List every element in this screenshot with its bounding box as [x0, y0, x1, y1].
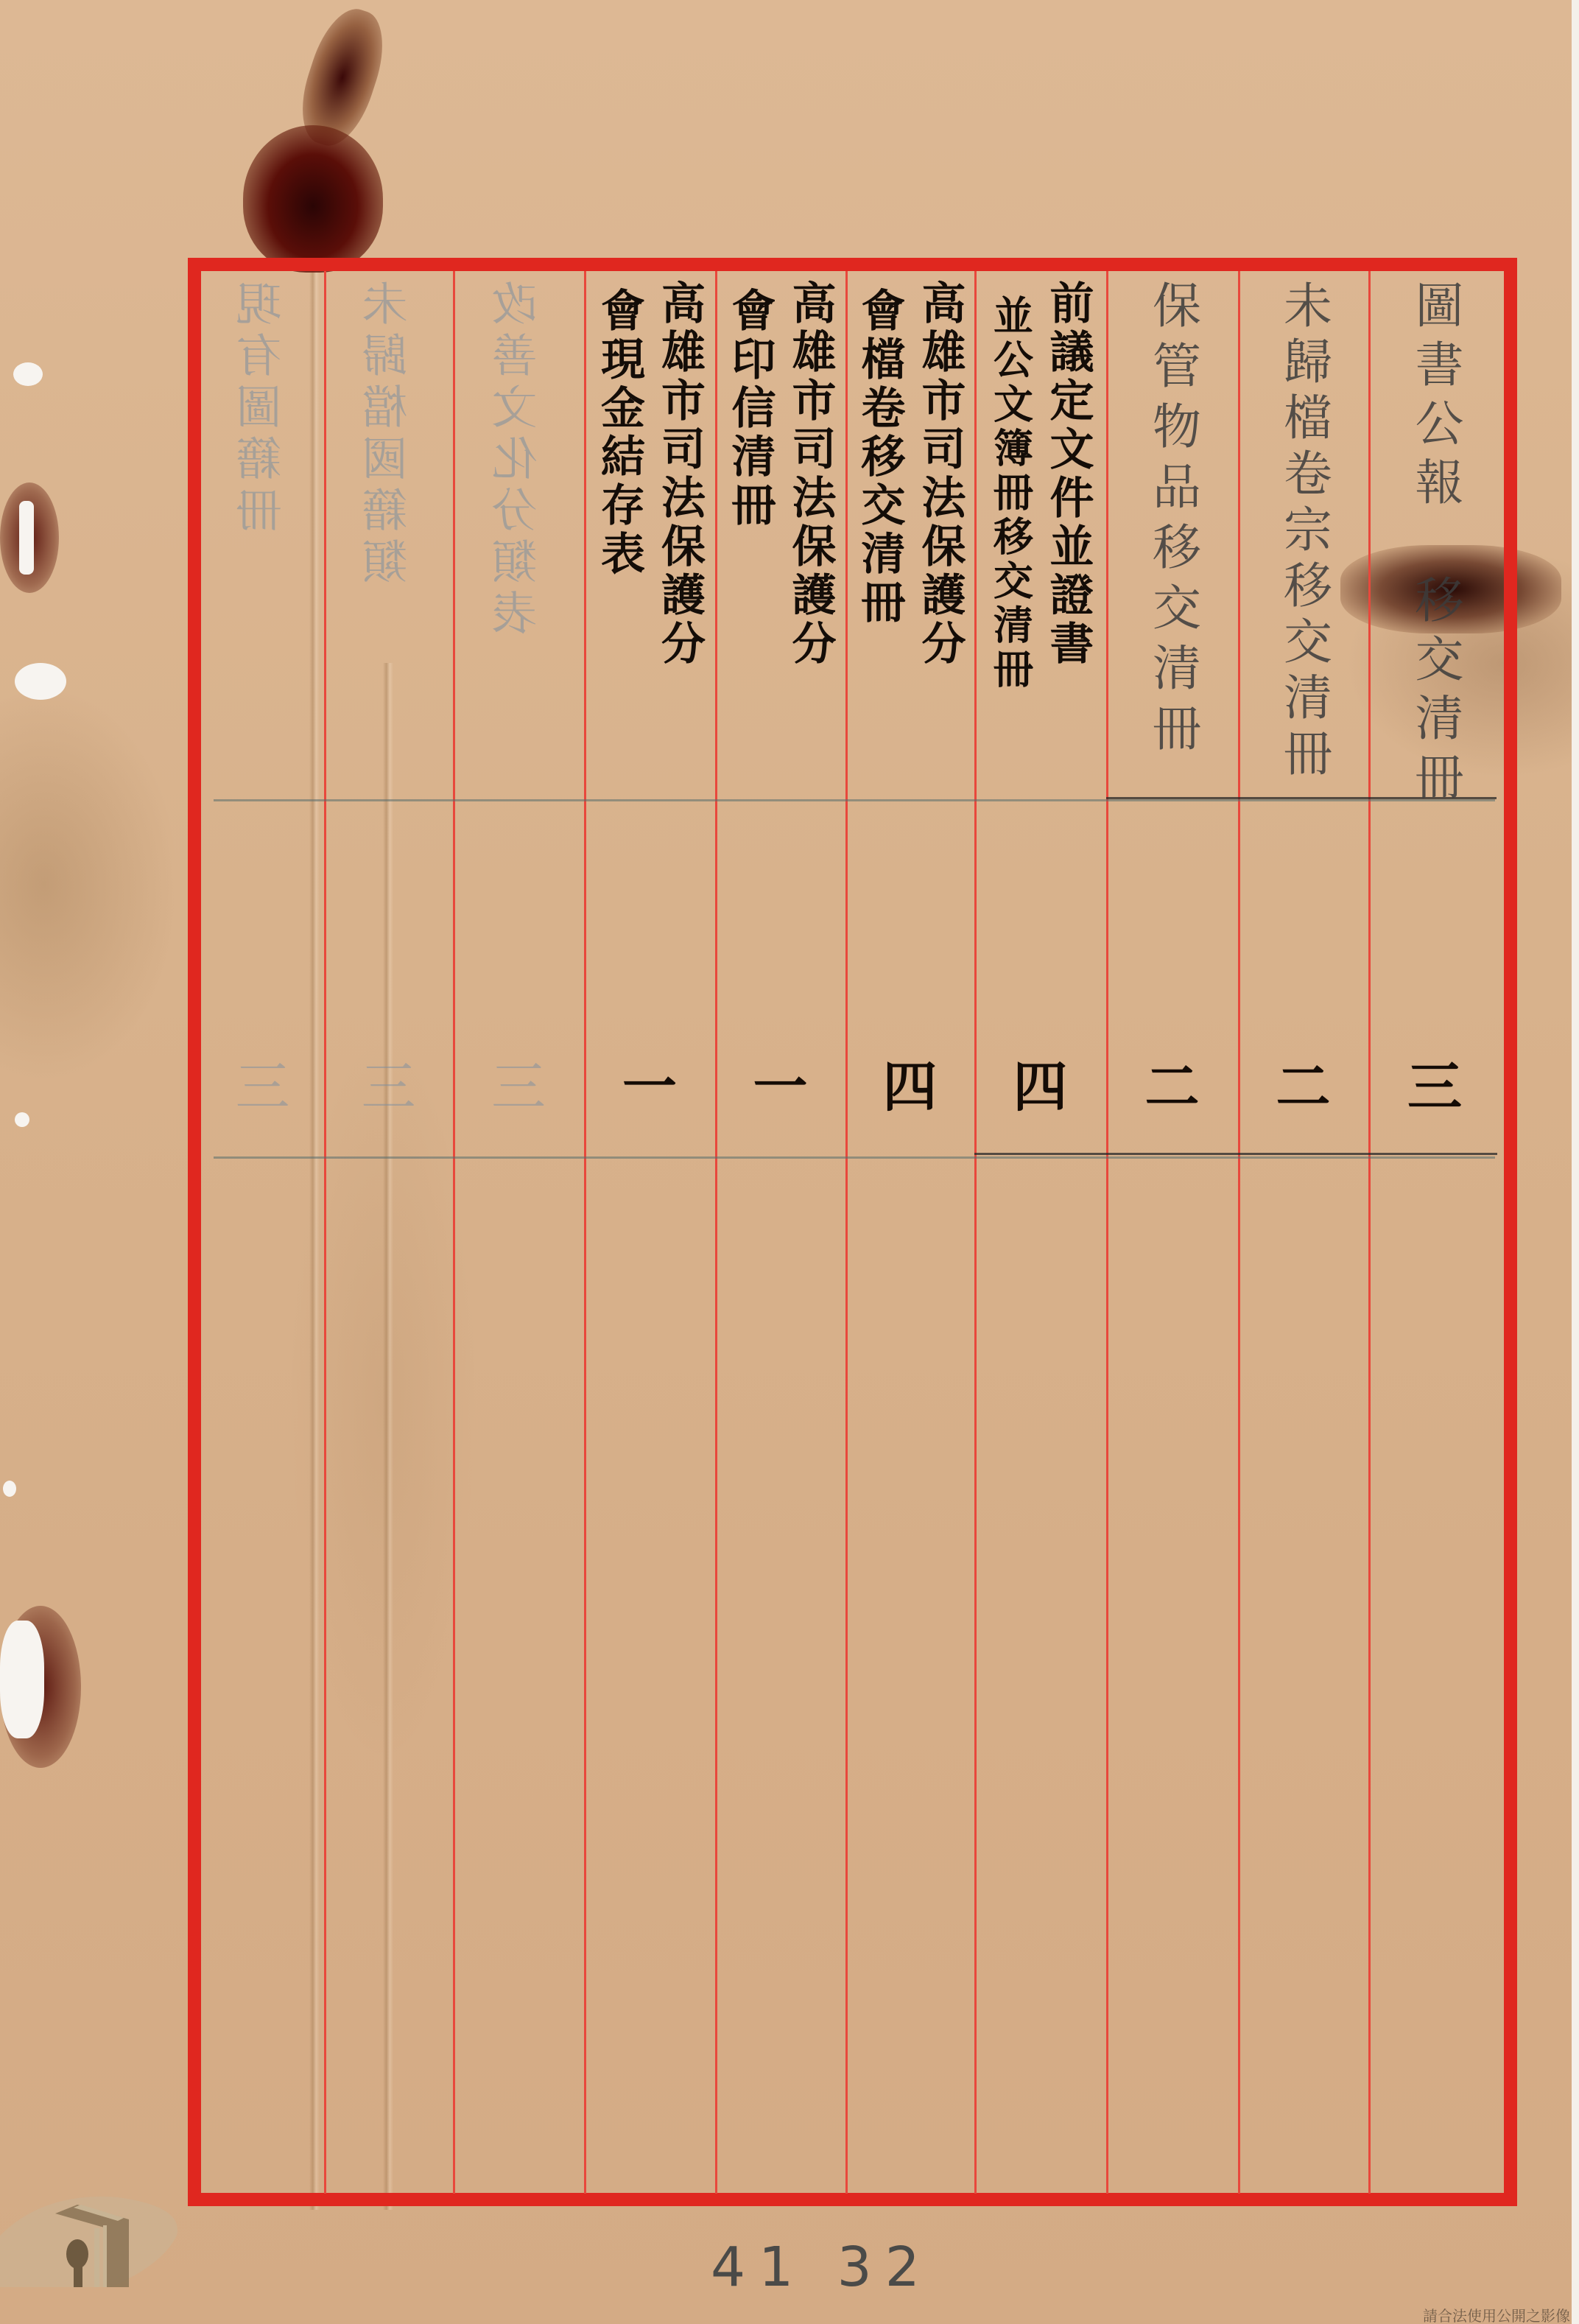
bleed-through-text: 改善文化分類表 [496, 280, 541, 796]
bleed-through-count: 三 [453, 1042, 584, 1123]
pencil-rule-count [214, 1156, 1495, 1159]
item-count: 四 [974, 1042, 1106, 1123]
bleed-through-column: 現有圖籍冊 [201, 280, 324, 796]
item-count: 二 [1238, 1042, 1368, 1123]
bleed-through-count: 三 [201, 1042, 324, 1123]
archive-book-keyhole-logo-icon [0, 2177, 184, 2287]
column-line-2: 會檔卷移交清冊 [858, 287, 902, 796]
scan-edge [1572, 0, 1579, 2324]
binding-hole-icon [0, 1621, 44, 1738]
column-title: 圖書公報 移交清冊 [1410, 280, 1459, 796]
bleed-through-column: 未歸檔國籍類 [324, 280, 453, 796]
item-count: 一 [584, 1042, 715, 1123]
usage-notice: 請合法使用公開之影像 [1423, 2304, 1570, 2324]
column-line-2: 會印信清冊 [728, 287, 773, 796]
binding-hole-icon [15, 1112, 29, 1127]
item-count: 二 [1106, 1042, 1238, 1123]
pencil-rule-count-dark [974, 1153, 1497, 1155]
bleed-through-column: 改善文化分類表 [453, 280, 584, 796]
inventory-column-3: 保管物品移交清冊 [1106, 280, 1238, 796]
column-title: 保管物品移交清冊 [1148, 280, 1197, 796]
inventory-column-2: 未歸檔卷宗移交清冊 [1238, 280, 1368, 796]
column-line-1: 高雄市司法保護分 [918, 280, 963, 796]
bleed-through-count: 三 [324, 1042, 453, 1123]
inventory-column-4: 前議定文件並證書 並公文簿冊移交清冊 [974, 280, 1106, 796]
inventory-column-6: 高雄市司法保護分 會印信清冊 [715, 280, 845, 796]
inventory-column-5: 高雄市司法保護分 會檔卷移交清冊 [845, 280, 974, 796]
binding-hole-icon [13, 362, 43, 386]
column-line-2: 並公文簿冊移交清冊 [991, 295, 1030, 796]
column-line-2: 會現金結存表 [597, 287, 641, 796]
column-line-1: 高雄市司法保護分 [789, 280, 833, 796]
item-count: 一 [715, 1042, 845, 1123]
page-number: 41 32 [711, 2236, 933, 2299]
bleed-through-text: 未歸檔國籍類 [366, 280, 412, 796]
binding-hole-icon [3, 1481, 16, 1497]
inventory-column-1: 圖書公報 移交清冊 [1368, 280, 1501, 796]
column-line-1: 高雄市司法保護分 [658, 280, 702, 796]
item-count: 三 [1368, 1042, 1501, 1123]
bleed-through-text: 現有圖籍冊 [240, 280, 286, 796]
item-count: 四 [845, 1042, 974, 1123]
binding-hole-icon [19, 501, 34, 575]
column-line-1: 前議定文件並證書 [1047, 280, 1091, 796]
column-title: 未歸檔卷宗移交清冊 [1279, 280, 1328, 796]
inventory-column-7: 高雄市司法保護分 會現金結存表 [584, 280, 715, 796]
rust-stain-icon [243, 125, 383, 273]
binding-hole-icon [15, 663, 66, 700]
pencil-rule-title [214, 799, 1495, 801]
